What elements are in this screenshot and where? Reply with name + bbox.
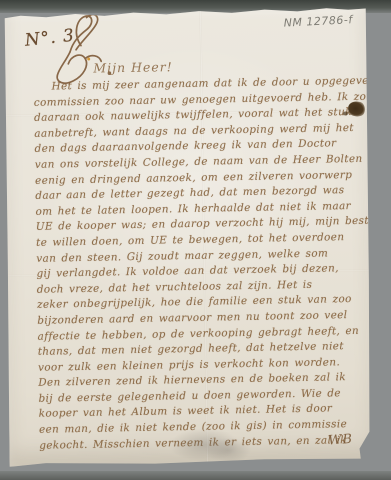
letter-paper: N°. 3 NM 12786-f Mijn Heer! Het is mij z… bbox=[2, 7, 373, 467]
paper-speck bbox=[87, 58, 90, 61]
letter-body: Het is mij zeer aangenaam dat ik de door… bbox=[34, 74, 366, 453]
inventory-number: NM 12786-f bbox=[283, 13, 353, 29]
photo-background: N°. 3 NM 12786-f Mijn Heer! Het is mij z… bbox=[0, 0, 391, 480]
backdrop-bottom-edge bbox=[0, 471, 391, 480]
water-stain bbox=[205, 437, 251, 464]
signature-initials: WB bbox=[328, 432, 354, 449]
salutation: Mijn Heer! bbox=[93, 59, 173, 75]
ink-blot-small bbox=[343, 111, 348, 115]
